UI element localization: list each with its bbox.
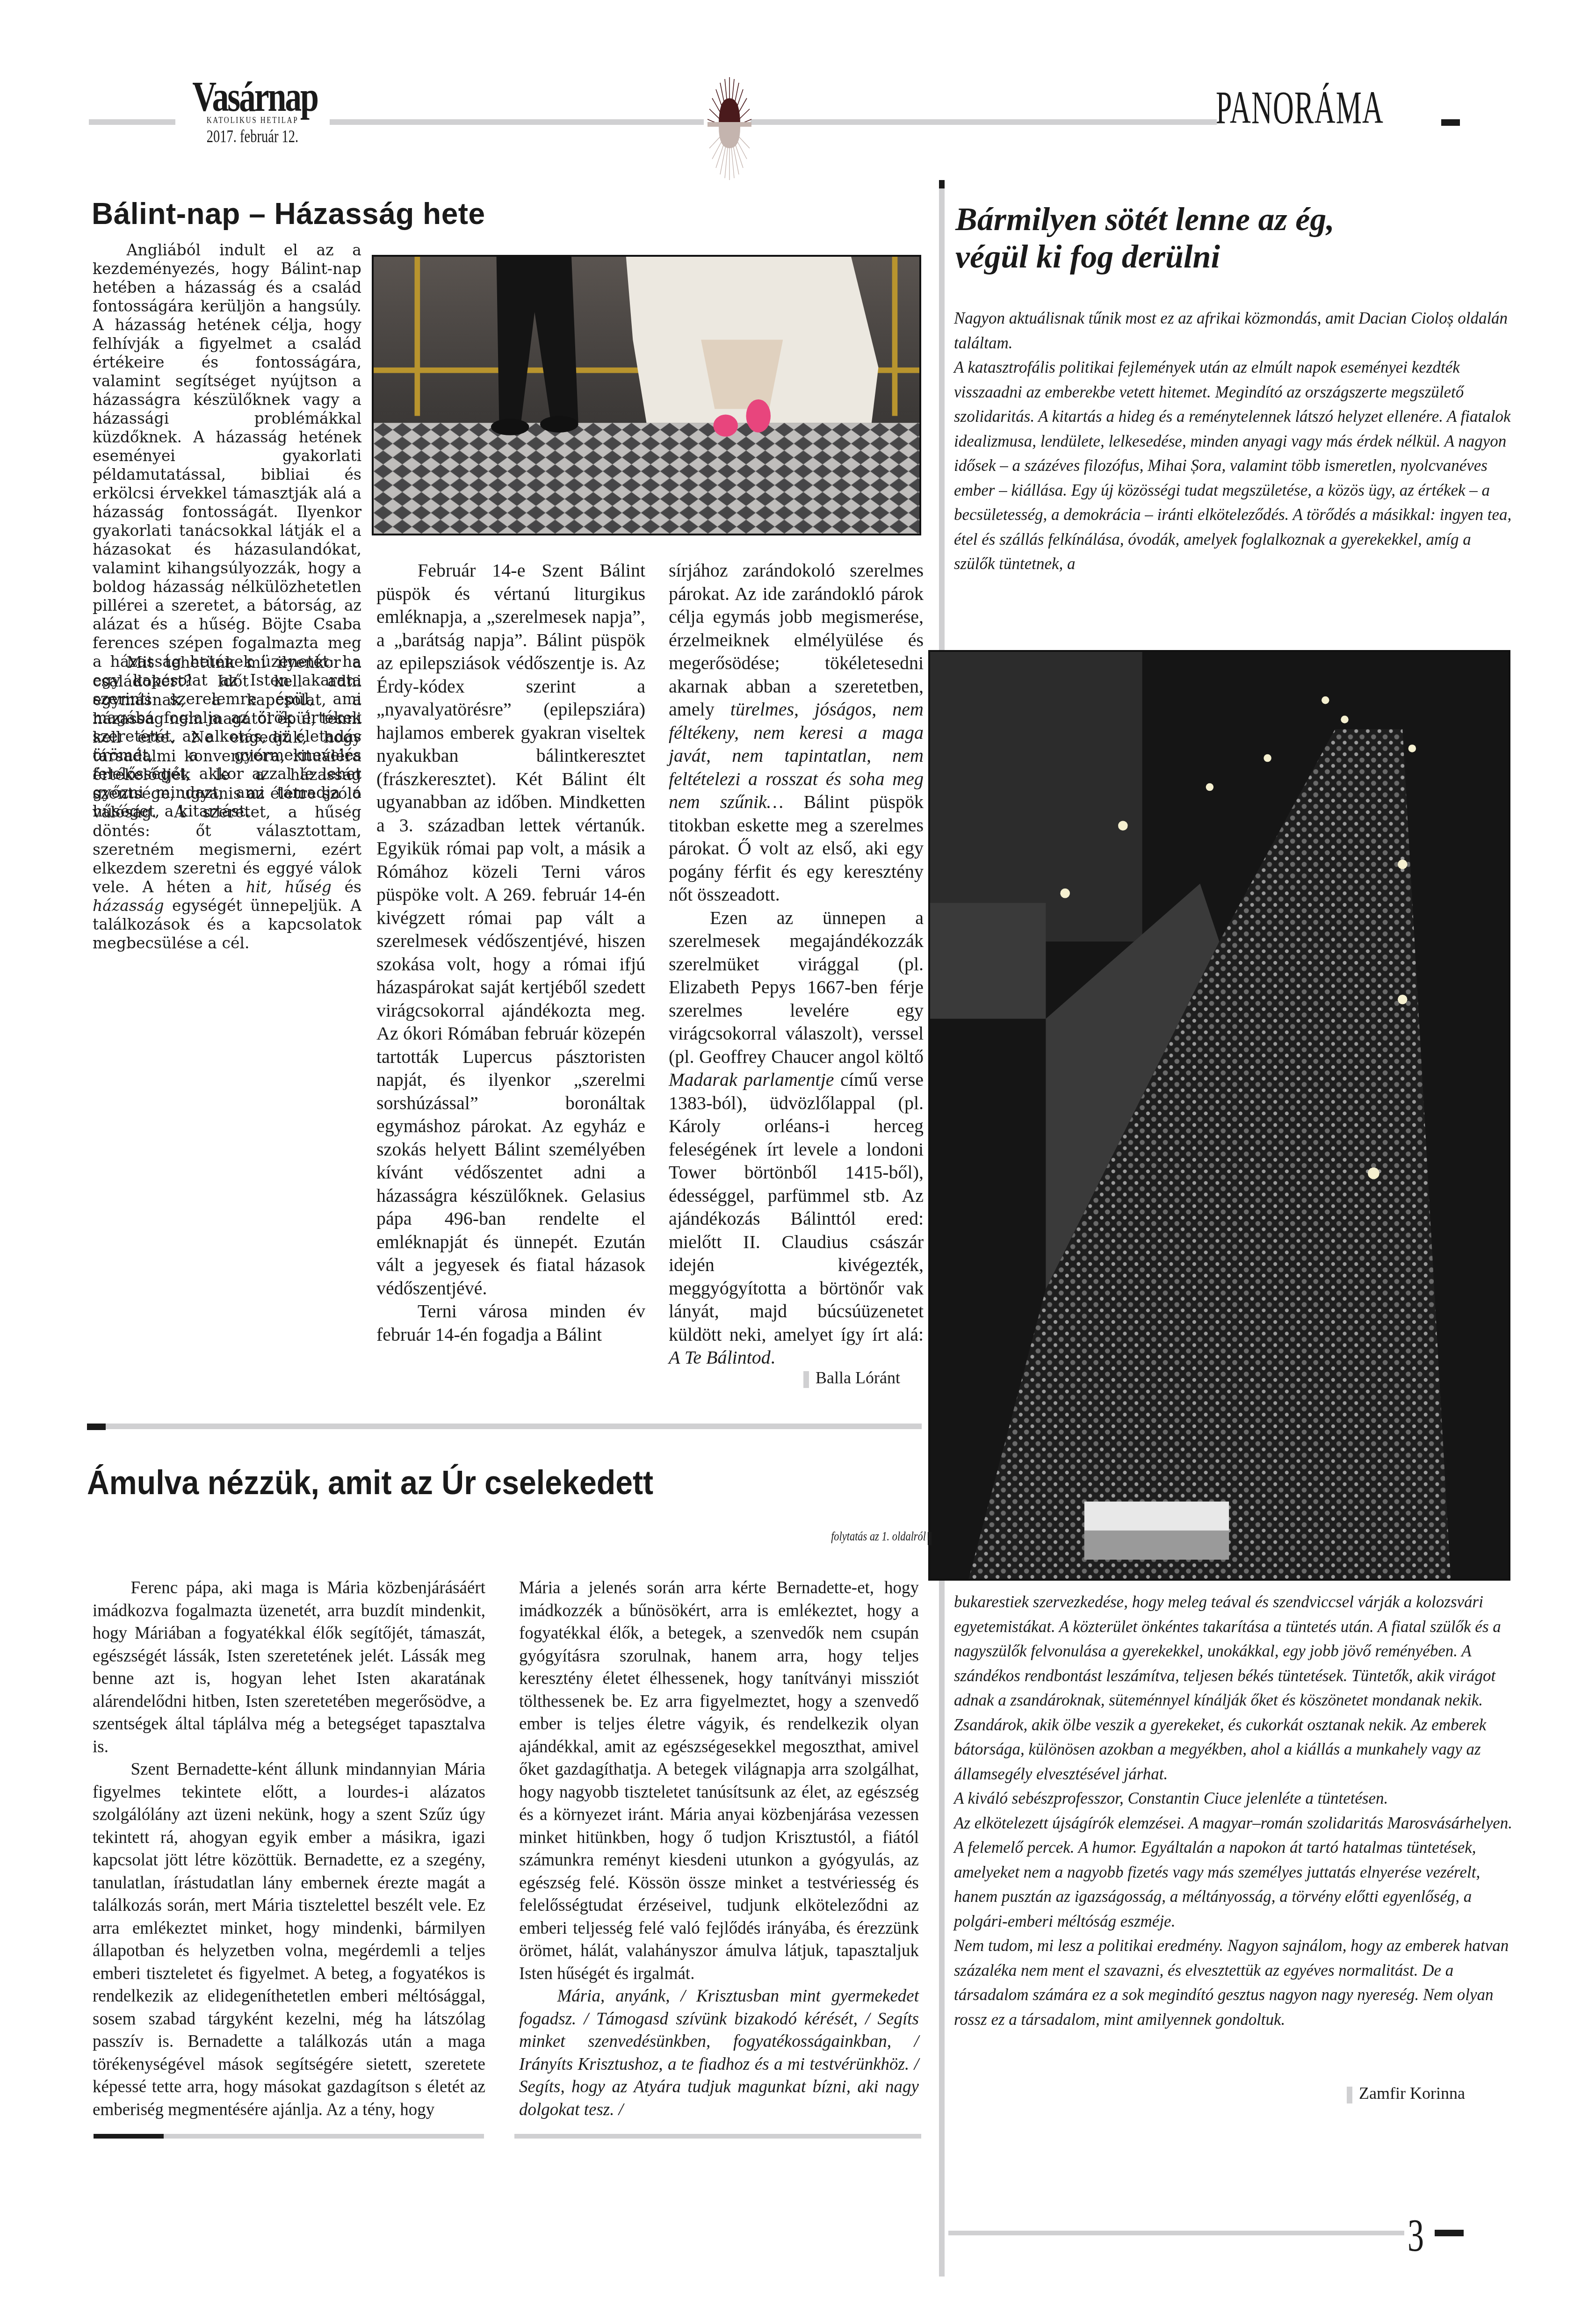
header-rule-left	[89, 119, 175, 125]
sotet-eg-paragraph: Nem tudom, mi lesz a politikai eredmény.…	[954, 1934, 1515, 2032]
amulva-paragraph: Szent Bernadette-ként állunk mindannyian…	[93, 1758, 485, 2121]
logo-name: Vasárnap	[192, 77, 312, 116]
article-title-balint-nap: Bálint-nap – Házasság hete	[92, 196, 485, 231]
balint-col-2: Február 14-e Szent Bálint püspök és vért…	[376, 559, 645, 1346]
page-number: 3	[1408, 2212, 1424, 2259]
sotet-eg-paragraph: Az elkötelezett újságírók elemzései. A m…	[954, 1811, 1515, 1934]
header-rule-right	[751, 119, 1217, 125]
page-number-accent	[1435, 2230, 1464, 2236]
balint-col3-paragraph: Ezen az ünnepen a szerelmesek megajándék…	[669, 906, 924, 1369]
article-title-sotet-eg: Bármilyen sötét lenne az ég, végül ki fo…	[955, 201, 1512, 276]
section-title: PANORÁMA	[1216, 84, 1384, 131]
section-divider	[106, 1424, 922, 1429]
sotet-eg-paragraph: A katasztrofális politikai fejlemények u…	[954, 355, 1515, 577]
header-rule-mid-left	[330, 119, 704, 125]
footer-rule-accent	[94, 2134, 164, 2139]
sunburst-emblem-icon	[704, 72, 755, 185]
wedding-photo-image	[374, 257, 919, 534]
balint-col2-paragraph: Terni városa minden év február 14-én fog…	[376, 1300, 645, 1346]
byline-marker	[803, 1371, 809, 1388]
masthead-logo[interactable]: Vasárnap KATOLIKUS HETILAP 2017. február…	[175, 77, 330, 147]
amulva-paragraph: Ferenc pápa, aki maga is Mária közbenjár…	[93, 1577, 485, 1758]
byline-balla-lorant: Balla Lóránt	[803, 1368, 900, 1388]
footer-rule-left	[164, 2134, 484, 2139]
continued-marker	[928, 1532, 932, 1545]
article-title-amulva: Ámulva nézzük, amit az Úr cselekedett	[87, 1464, 653, 1502]
byline-marker	[1347, 2087, 1352, 2103]
byline-zamfir-korinna: Zamfir Korinna	[1347, 2083, 1465, 2103]
protest-photo-image	[930, 652, 1509, 1579]
balint-col-1-cont: Mit tehetünk mi ilyenkor a családokért? …	[93, 653, 361, 953]
sotet-eg-paragraph: A kiváló sebészprofesszor, Constantin Ci…	[954, 1786, 1515, 1811]
amulva-paragraph: Mária a jelenés során arra kérte Bernade…	[519, 1577, 919, 1985]
sotet-eg-intro-paragraph: Nagyon aktuálisnak tűnik most ez az afri…	[954, 306, 1515, 355]
amulva-col-2: Mária a jelenés során arra kérte Bernade…	[519, 1577, 919, 2121]
sotet-eg-continuation: bukarestiek szervezkedése, hogy meleg te…	[954, 1590, 1515, 2032]
logo-subtitle: KATOLIKUS HETILAP	[187, 116, 318, 125]
header-rule-section-accent	[1441, 119, 1460, 126]
continued-from-note[interactable]: folytatás az 1. oldalról	[799, 1529, 926, 1544]
sotet-eg-paragraph: bukarestiek szervezkedése, hogy meleg te…	[954, 1590, 1515, 1786]
balint-col-3: sírjához zarándokoló szerelmes párokat. …	[669, 559, 924, 1369]
column-divider-accent	[939, 180, 945, 188]
footer-rule-mid	[514, 2134, 921, 2139]
balint-col2-paragraph: Február 14-e Szent Bálint püspök és vért…	[376, 559, 645, 1300]
sotet-eg-intro: Nagyon aktuálisnak tűnik most ez az afri…	[954, 306, 1515, 577]
amulva-col-1: Ferenc pápa, aki maga is Mária közbenjár…	[93, 1577, 485, 2121]
protest-photo	[928, 650, 1510, 1581]
section-divider-accent	[87, 1424, 106, 1430]
balint-col3-paragraph: sírjához zarándokoló szerelmes párokat. …	[669, 559, 924, 906]
wedding-photo	[372, 255, 921, 535]
balint-paragraph-2: Mit tehetünk mi ilyenkor a családokért? …	[93, 653, 361, 953]
amulva-prayer: Mária, anyánk, / Krisztusban mint gyerme…	[519, 1985, 919, 2121]
issue-date: 2017. február 12.	[195, 126, 311, 147]
footer-rule-right	[948, 2231, 1404, 2235]
